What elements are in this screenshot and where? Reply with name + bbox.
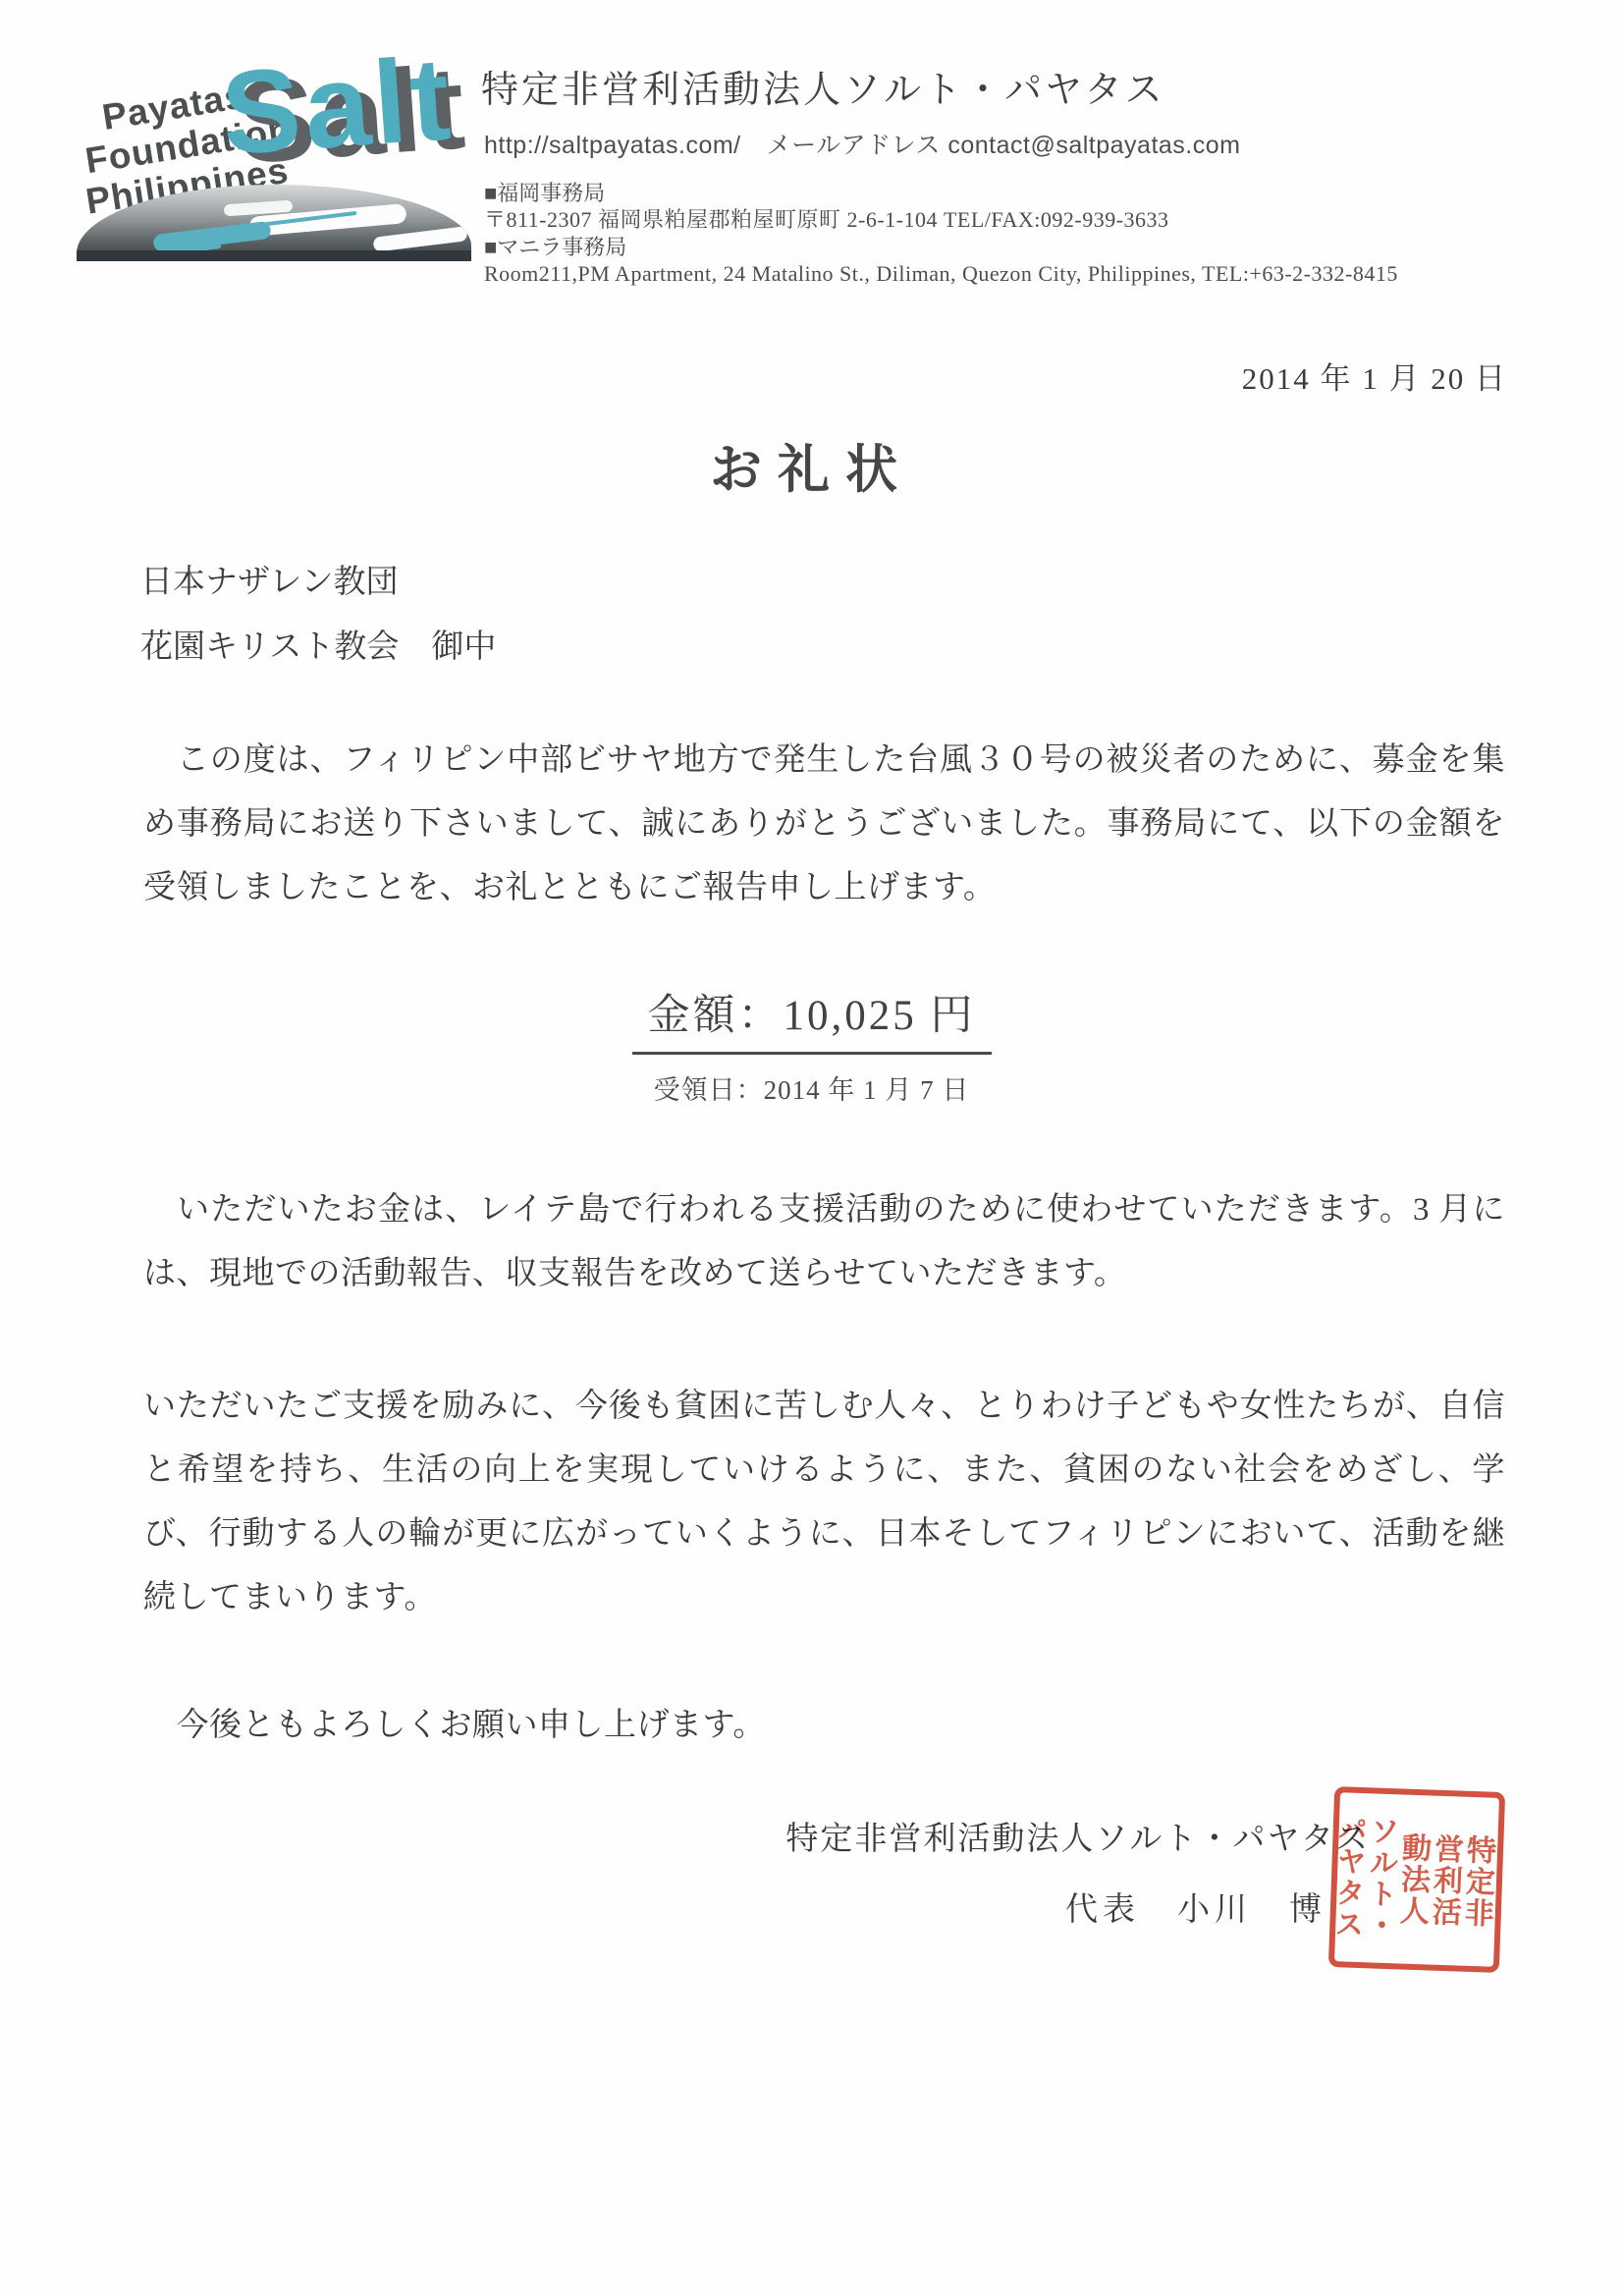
seal-text: 特定非 営利活 動法人 ソルト・ パヤタス — [1337, 1797, 1496, 1961]
donation-amount: 金額：10,025 円 — [632, 982, 992, 1055]
email-address: contact@saltpayatas.com — [947, 132, 1240, 159]
signature-representative: 代表 小川 博 — [1065, 1884, 1326, 1930]
contact-line: http://saltpayatas.com/メールアドレス contact@s… — [484, 126, 1240, 161]
red-seal-stamp: 特定非 営利活 動法人 ソルト・ パヤタス — [1328, 1786, 1505, 1973]
fukuoka-office-label: ■福岡事務局 — [484, 179, 1398, 207]
salt-logo: Salt — [218, 39, 458, 173]
seal-column: 営利活 — [1426, 1800, 1463, 1960]
landscape-baseline — [77, 250, 471, 261]
letter-date: 2014 年 1 月 20 日 — [1242, 354, 1507, 398]
seal-column: パヤタス — [1328, 1797, 1366, 1957]
signature-organization: 特定非営利活動法人ソルト・パヤタス — [785, 1813, 1370, 1859]
org-name-header: 特定非営利活動法人ソルト・パヤタス — [481, 59, 1165, 113]
letter-title: お礼状 — [0, 428, 1623, 503]
receipt-date: 受領日：2014 年 1 月 7 日 — [0, 1068, 1623, 1107]
recipient-line-2: 花園キリスト教会 御中 — [140, 615, 496, 680]
manila-office-label: ■マニラ事務局 — [484, 233, 1398, 261]
paragraph-mission: いただいたご支援を励みに、今後も貧困に苦しむ人々、とりわけ子どもや女性たちが、自… — [143, 1375, 1505, 1630]
seal-column: ソルト・ — [1361, 1798, 1398, 1958]
recipient-block: 日本ナザレン教団 花園キリスト教会 御中 — [140, 550, 496, 680]
paragraph-thanks: この度は、フィリピン中部ビサヤ地方で発生した台風３０号の被災者のために、募金を集… — [143, 729, 1505, 920]
fukuoka-office-address: 〒811-2307 福岡県粕屋郡粕屋町原町 2-6-1-104 TEL/FAX:… — [484, 207, 1398, 233]
recipient-line-1: 日本ナザレン教団 — [140, 550, 496, 615]
teal-island-icon — [152, 221, 271, 252]
letter-page: Payatas Foundation Philippines Salt 特定非営… — [0, 0, 1623, 2296]
amount-row: 金額：10,025 円 — [0, 982, 1623, 1055]
email-label: メールアドレス — [767, 132, 941, 159]
seal-column: 動法人 — [1393, 1799, 1431, 1959]
paragraph-usage: いただいたお金は、レイテ島で行われる支援活動のために使わせていただきます。3 月… — [143, 1178, 1505, 1306]
island-shape-icon — [372, 226, 467, 252]
manila-office-address: Room211,PM Apartment, 24 Matalino St., D… — [484, 261, 1398, 287]
website-url: http://saltpayatas.com/ — [484, 132, 741, 159]
closing-line: 今後ともよろしくお願い申し上げます。 — [143, 1699, 766, 1745]
office-addresses: ■福岡事務局 〒811-2307 福岡県粕屋郡粕屋町原町 2-6-1-104 T… — [484, 179, 1398, 287]
seal-column: 特定非 — [1458, 1802, 1495, 1962]
